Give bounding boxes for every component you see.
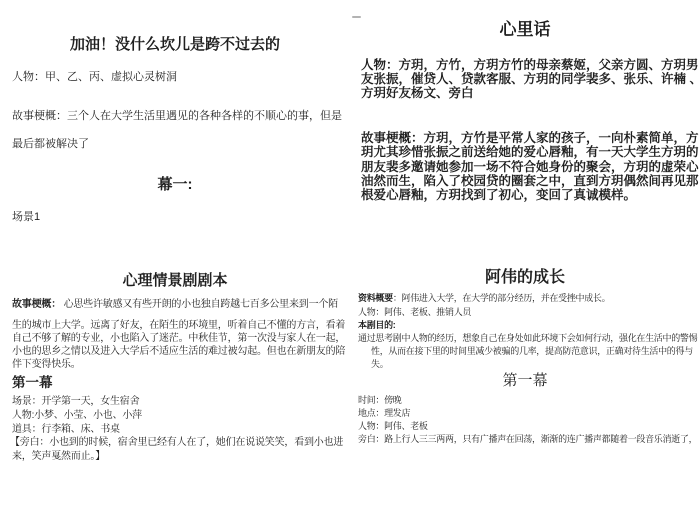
cast-line: 方玥好友杨文、旁白 xyxy=(361,86,474,101)
script-page-awei: 阿伟的成长 资料概要：阿伟进入大学，在大学的部分经历，并在受挫中成长。 人物：阿… xyxy=(350,263,700,525)
props-line: 道具：行李箱、床、书桌 xyxy=(12,424,120,436)
script-title: 加油！没什么坎儿是跨不过去的 xyxy=(0,36,350,54)
location-line: 地点：理发店 xyxy=(358,408,410,419)
synopsis-line: 油然而生，陷入了校园贷的圈套之中，直到方玥偶然间再见那 xyxy=(361,174,699,189)
synopsis-line: 伴下变得快乐。 xyxy=(12,359,81,371)
act-heading: 幕一: xyxy=(0,176,350,194)
synopsis-intro-text: 心思些许敏感又有些开朗的小也独自跨越七百多公里来到一个陌 xyxy=(61,299,338,310)
purpose-label: 本剧目的: xyxy=(358,320,396,331)
synopsis-line: 玥尤其珍惜张振之前送给她的爱心唇釉，有一天大学生方玥的 xyxy=(361,145,699,160)
synopsis-line: 根爱心唇釉，方玥找到了初心，变回了真诚模样。 xyxy=(361,188,636,203)
script-title: 心理情景剧剧本 xyxy=(0,272,350,290)
summary-text: ：阿伟进入大学，在大学的部分经历，并在受挫中成长。 xyxy=(393,293,611,303)
purpose-line: 失。 xyxy=(371,359,388,370)
purpose-line: 通过思考剧中人物的经历，想象自己在身处如此环境下会如何行动，强化在生活中的警惕 xyxy=(358,333,697,344)
synopsis-line: 故事梗概： 心思些许敏感又有些开朗的小也独自跨越七百多公里来到一个陌 xyxy=(12,299,338,311)
script-title: 心里话 xyxy=(350,20,700,40)
summary-label: 资料概要 xyxy=(358,293,393,303)
cast-line: 人物：方玥，方竹，方玥方竹的母亲蔡姬，父亲方圆、方玥男 xyxy=(361,58,699,73)
narration-line: 来，笑声戛然而止。】 xyxy=(12,451,105,463)
cast-line: 人物:小梦、小莹、小也、小萍 xyxy=(12,410,142,422)
script-page-xinlihua: 心里话 人物：方玥，方竹，方玥方竹的母亲蔡姬，父亲方圆、方玥男 友张振，催贷人、… xyxy=(350,0,700,263)
synopsis-label: 故事梗概： xyxy=(12,299,61,310)
narration-line: 【旁白：小也到的时候，宿舍里已经有人在了，她们在说说笑笑，看到小也进 xyxy=(10,437,343,449)
script-page-jiayou: 加油！没什么坎儿是跨不过去的 人物：甲、乙、丙、虚拟心灵树洞 故事梗概：三个人在… xyxy=(0,0,350,263)
summary-line: 资料概要：阿伟进入大学，在大学的部分经历，并在受挫中成长。 xyxy=(358,293,610,304)
cast-line: 人物：阿伟、老板、推销人员 xyxy=(358,307,471,318)
synopsis-line: 朋友裴多邀请她参加一场不符合她身份的聚会，方玥的虚荣心 xyxy=(361,160,699,175)
cast-line: 人物：阿伟、老板 xyxy=(358,421,428,432)
script-page-qingjingju: 心理情景剧剧本 故事梗概： 心思些许敏感又有些开朗的小也独自跨越七百多公里来到一… xyxy=(0,263,350,525)
page-corner-mark xyxy=(352,16,361,18)
narration-line: 旁白：路上行人三三两两，只有广播声在回荡，渐渐的连广播声都随着一段音乐消逝了， xyxy=(358,434,697,445)
act-heading: 第一幕 xyxy=(12,375,53,391)
synopsis-line: 小也的思乡之情以及进入大学后不适应生活的难过被勾起。但也在新朋友的陪 xyxy=(12,346,345,358)
synopsis-line: 最后都被解决了 xyxy=(12,138,89,151)
script-title: 阿伟的成长 xyxy=(350,269,700,288)
purpose-line: 性，从而在接下里的时间里减少被骗的几率，提高防范意识，正确对待生活中的得与 xyxy=(371,346,693,357)
synopsis-line: 生的城市上大学。远离了好友，在陌生的环境里，听着自己不懂的方言，看着 xyxy=(12,320,345,332)
synopsis-line: 故事梗概：三个人在大学生活里遇见的各种各样的不顺心的事，但是 xyxy=(12,110,342,123)
time-line: 时间：傍晚 xyxy=(358,395,402,406)
synopsis-line: 自己不够了解的专业，小也陷入了迷茫。中秋佳节，第一次没与家人在一起， xyxy=(12,333,345,345)
scene-line: 场景1 xyxy=(12,211,40,224)
document-pages-grid: 加油！没什么坎儿是跨不过去的 人物：甲、乙、丙、虚拟心灵树洞 故事梗概：三个人在… xyxy=(0,0,700,525)
cast-line: 友张振，催贷人、贷款客服、方玥的同学裴多、张乐、许楠 、 xyxy=(361,72,700,87)
act-heading: 第一幕 xyxy=(350,372,700,390)
cast-line: 人物：甲、乙、丙、虚拟心灵树洞 xyxy=(12,71,177,84)
scene-line: 场景：开学第一天，女生宿舍 xyxy=(12,396,139,408)
synopsis-line: 故事梗概：方玥，方竹是平常人家的孩子，一向朴素简单，方 xyxy=(361,131,699,146)
